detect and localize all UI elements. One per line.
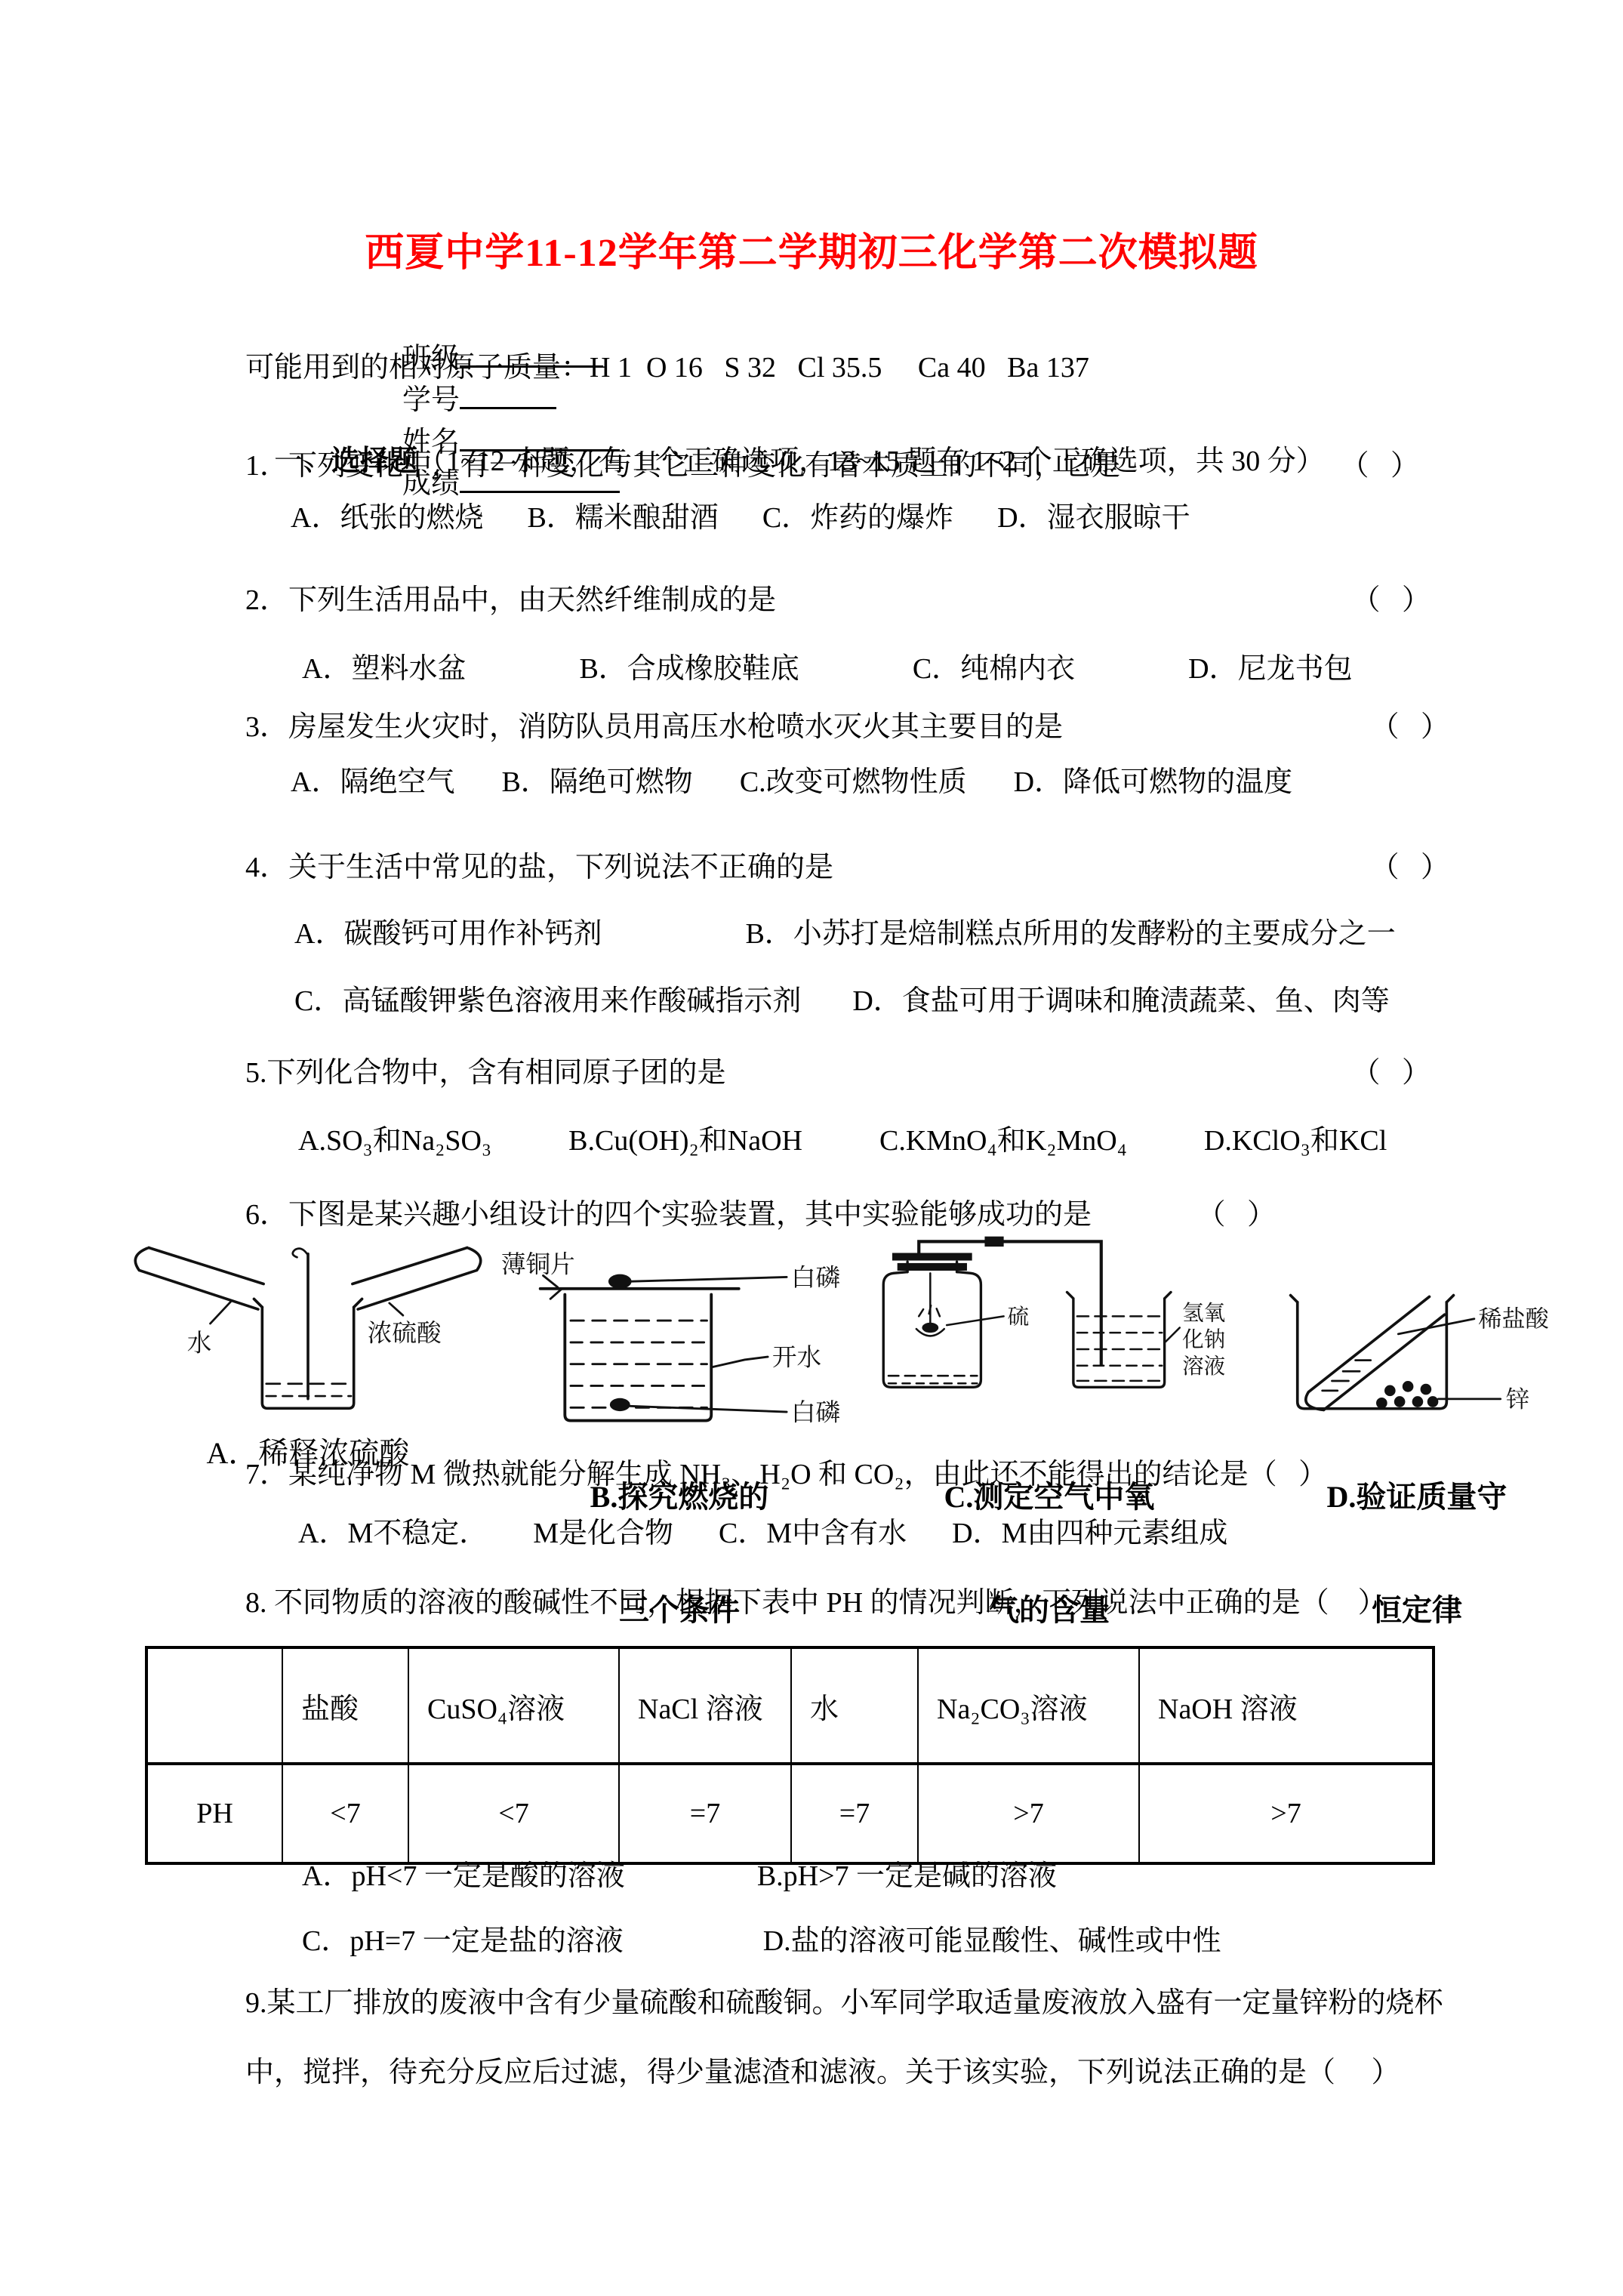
question-8: 8. 不同物质的溶液的酸碱性不同，根据下表中 PH 的情况判断，下列说法中正确的…	[245, 1586, 1387, 1622]
option: A．塑料水盆	[302, 652, 466, 688]
ph-value-cell: <7	[408, 1764, 619, 1863]
option: B．糯米酿甜酒	[527, 501, 718, 537]
ph-value-cell: >7	[1139, 1764, 1434, 1863]
option: D．湿衣服晾干	[997, 501, 1190, 537]
sulfur-sample	[922, 1323, 938, 1333]
option: M是化合物	[533, 1516, 673, 1552]
ph-row-label: PH	[146, 1764, 282, 1863]
option: C.改变可燃物性质	[740, 765, 967, 801]
naoh-label-line2: 化钠	[1182, 1328, 1225, 1352]
option: D．降低可燃物的温度	[1014, 765, 1292, 801]
oxygen-apparatus-drawing: 硫 氢氧 化钠 溶液	[853, 1235, 1246, 1400]
option: B．小苏打是焙制糕点所用的发酵粉的主要成分之一	[745, 917, 1395, 953]
ph-table-value-row: PH <7 <7 =7 =7 >7 >7	[146, 1764, 1434, 1863]
question-4-options-cd: C．高锰酸钾紫色溶液用来作酸碱指示剂 D．食盐可用于调味和腌渍蔬菜、鱼、肉等	[294, 984, 1390, 1020]
option: B．隔绝可燃物	[501, 765, 692, 801]
option: C．炸药的爆炸	[762, 501, 953, 537]
ph-table-header-row: 盐酸 CuSO₄溶液 NaCl 溶液 水 Na₂CO₃溶液 NaOH 溶液	[146, 1647, 1434, 1764]
white-phosphorus-on-sheet	[608, 1274, 632, 1289]
question-3: 3．房屋发生火灾时，消防队员用高压水枪喷水灭火其主要目的是 （ ）	[245, 710, 1449, 746]
question-1-answer-paren: （ ）	[1340, 448, 1419, 485]
ph-table-header-cell: Na₂CO₃溶液	[918, 1647, 1139, 1764]
question-6-answer-paren: （ ）	[1196, 1197, 1276, 1234]
option: D．食盐可用于调味和腌渍蔬菜、鱼、肉等	[852, 984, 1389, 1020]
ph-table-header-cell: 盐酸	[282, 1647, 408, 1764]
question-5-text: 5.下列化合物中，含有相同原子团的是	[245, 1056, 726, 1092]
question-3-text: 3．房屋发生火灾时，消防队员用高压水枪喷水灭火其主要目的是	[245, 710, 1063, 746]
question-8-options-cd: C．pH=7 一定是盐的溶液 D.盐的溶液可能显酸性、碱性或中性	[302, 1924, 1221, 1960]
option: D．尼龙书包	[1188, 652, 1352, 688]
ph-table-header-cell	[146, 1647, 282, 1764]
ph-table-header-cell: NaCl 溶液	[619, 1647, 791, 1764]
question-4: 4．关于生活中常见的盐，下列说法不正确的是 （ ）	[245, 850, 1449, 886]
option: A.SO₃和Na₂SO₃	[298, 1123, 491, 1160]
question-5-answer-paren: （ ）	[1351, 1056, 1431, 1092]
ph-value-cell: >7	[918, 1764, 1139, 1863]
question-1-options: A．纸张的燃烧 B．糯米酿甜酒 C．炸药的爆炸 D．湿衣服晾干	[291, 501, 1190, 537]
conc-sulfuric-acid-label: 浓硫酸	[368, 1320, 442, 1348]
mass-conservation-drawing: 稀盐酸 锌	[1255, 1276, 1579, 1414]
naoh-label-line3: 溶液	[1182, 1354, 1225, 1379]
ph-value-cell: <7	[282, 1764, 408, 1863]
question-6-text: 6．下图是某兴趣小组设计的四个实验装置，其中实验能够成功的是	[245, 1197, 1092, 1234]
question-3-answer-paren: （ ）	[1370, 710, 1449, 746]
water-label: 水	[187, 1329, 212, 1357]
question-7: 7．某纯净物 M 微热就能分解生成 NH₃、H₂O 和 CO₂，由此还不能得出的…	[245, 1457, 1327, 1493]
question-3-options: A．隔绝空气 B．隔绝可燃物 C.改变可燃物性质 D．降低可燃物的温度	[291, 765, 1292, 801]
option: A．M不稳定．	[298, 1516, 488, 1552]
question-7-options: A．M不稳定． M是化合物 C．M中含有水 D．M由四种元素组成	[298, 1516, 1227, 1552]
option: A．隔绝空气	[291, 765, 454, 801]
question-2-options: A．塑料水盆 B．合成橡胶鞋底 C．纯棉内衣 D．尼龙书包	[302, 652, 1353, 688]
option: C.KMnO₄和K₂MnO₄	[879, 1123, 1127, 1160]
option: D.KClO₃和KCl	[1204, 1123, 1387, 1160]
option: B.Cu(OH)₂和NaOH	[568, 1123, 802, 1160]
ph-value-cell: =7	[791, 1764, 918, 1863]
question-1-text: 1．下列变化中，有一种变化与其它三种变化有着本质上的不同，它是	[245, 448, 1120, 485]
page-title: 西夏中学11-12学年第二学期初三化学第二次模拟题	[0, 220, 1623, 277]
sulfur-label: 硫	[1008, 1305, 1030, 1329]
question-9-line1: 9.某工厂排放的废液中含有少量硫酸和硫酸铜。小军同学取适量废液放入盛有一定量锌粉…	[245, 1986, 1443, 2022]
question-1: 1．下列变化中，有一种变化与其它三种变化有着本质上的不同，它是 （ ）	[245, 448, 1419, 485]
diagram-dilute-acid: 水 浓硫酸	[127, 1244, 489, 1415]
dilute-acid-apparatus-drawing: 水 浓硫酸	[127, 1244, 489, 1415]
question-4-options-ab: A．碳酸钙可用作补钙剂 B．小苏打是焙制糕点所用的发酵粉的主要成分之一	[294, 917, 1396, 953]
option: C．pH=7 一定是盐的溶液	[302, 1924, 624, 1960]
ph-table: 盐酸 CuSO₄溶液 NaCl 溶液 水 Na₂CO₃溶液 NaOH 溶液 PH…	[145, 1646, 1435, 1865]
question-5-options: A.SO₃和Na₂SO₃ B.Cu(OH)₂和NaOH C.KMnO₄和K₂Mn…	[298, 1123, 1387, 1160]
question-4-text: 4．关于生活中常见的盐，下列说法不正确的是	[245, 850, 833, 886]
option: A．碳酸钙可用作补钙剂	[294, 917, 602, 953]
atomic-mass-note: 可能用到的相对原子质量：H 1 O 16 S 32 Cl 35.5 Ca 40 …	[245, 350, 1089, 387]
option: C．纯棉内衣	[913, 652, 1075, 688]
question-2: 2．下列生活用品中，由天然纤维制成的是 （ ）	[245, 583, 1431, 619]
question-2-text: 2．下列生活用品中，由天然纤维制成的是	[245, 583, 776, 619]
option: D.盐的溶液可能显酸性、碱性或中性	[763, 1924, 1221, 1960]
diagram-oxygen-measurement: 硫 氢氧 化钠 溶液	[853, 1235, 1246, 1400]
option: A．pH<7 一定是酸的溶液	[302, 1859, 625, 1895]
option: A．纸张的燃烧	[291, 501, 483, 537]
option: C．高锰酸钾紫色溶液用来作酸碱指示剂	[294, 984, 801, 1020]
option: C．M中含有水	[719, 1516, 907, 1552]
diagram-mass-conservation: 稀盐酸 锌	[1255, 1276, 1579, 1414]
question-4-answer-paren: （ ）	[1370, 850, 1449, 886]
exam-paper-page: 西夏中学11-12学年第二学期初三化学第二次模拟题 班级 学号 姓名 成绩 可能…	[0, 0, 1623, 2296]
option: B．合成橡胶鞋底	[579, 652, 799, 688]
ph-table-header-cell: NaOH 溶液	[1139, 1647, 1434, 1764]
question-8-options-ab: A．pH<7 一定是酸的溶液 B.pH>7 一定是碱的溶液	[302, 1859, 1057, 1895]
bottle-stopper-lower	[898, 1263, 967, 1271]
bottle-stopper	[892, 1253, 972, 1260]
copper-sheet-label: 薄铜片	[501, 1251, 575, 1279]
question-2-answer-paren: （ ）	[1351, 583, 1431, 619]
question-5: 5.下列化合物中，含有相同原子团的是 （ ）	[245, 1056, 1431, 1092]
question-9-line2: 中，搅拌，待充分反应后过滤，得少量滤渣和滤液。关于该实验，下列说法正确的是（ ）	[245, 2055, 1400, 2091]
white-phosphorus-top-label: 白磷	[791, 1264, 840, 1292]
boiling-water-label: 开水	[772, 1344, 821, 1372]
option: D．M由四种元素组成	[952, 1516, 1227, 1552]
question-6: 6．下图是某兴趣小组设计的四个实验装置，其中实验能够成功的是 （ ）	[245, 1197, 1276, 1234]
dilute-hcl-label: 稀盐酸	[1478, 1306, 1549, 1333]
naoh-label-line1: 氢氧	[1182, 1301, 1225, 1325]
ph-value-cell: =7	[619, 1764, 791, 1863]
ph-table-header-cell: CuSO₄溶液	[408, 1647, 619, 1764]
ph-table-header-cell: 水	[791, 1647, 918, 1764]
tube-valve	[984, 1237, 1003, 1247]
option: B.pH>7 一定是碱的溶液	[757, 1859, 1057, 1895]
